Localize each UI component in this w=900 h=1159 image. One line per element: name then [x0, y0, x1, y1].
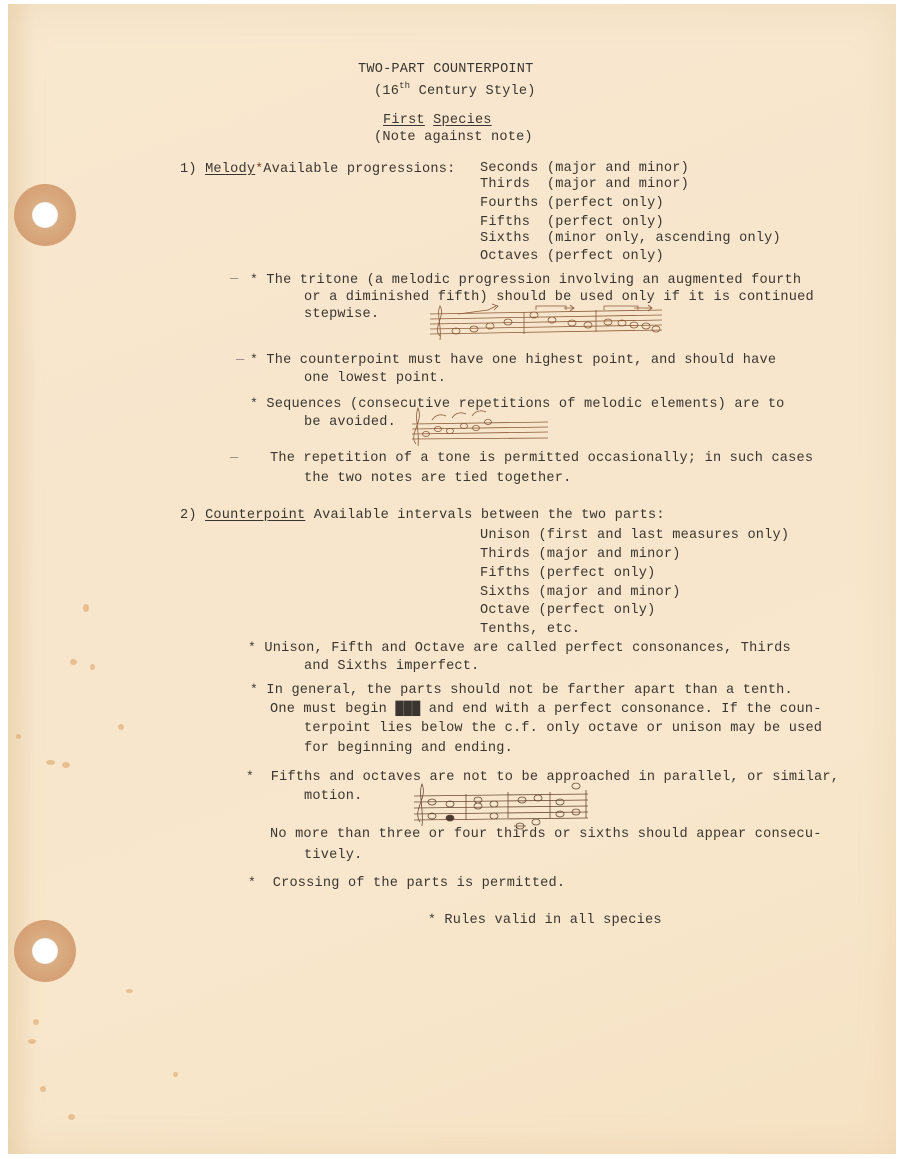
progression-item: Fifths (perfect only)	[480, 214, 664, 231]
asterisk-icon: *	[428, 912, 436, 927]
progression-item: Fourths (perfect only)	[480, 195, 664, 212]
interval-item: Tenths, etc.	[480, 621, 580, 638]
interval-item: Thirds (major and minor)	[480, 546, 681, 563]
asterisk-icon: *	[250, 682, 258, 697]
asterisk-icon: *	[250, 272, 258, 287]
punch-hole-bottom-icon	[14, 920, 76, 982]
document-subtitle: (16th Century Style)	[374, 78, 536, 100]
asterisk-icon: *	[246, 769, 254, 784]
asterisk-icon: *	[250, 396, 258, 411]
asterisk-icon: *	[250, 352, 258, 367]
species-heading: First Species	[383, 112, 492, 129]
species-note: (Note against note)	[374, 129, 533, 146]
progression-item: Thirds (major and minor)	[480, 176, 689, 193]
punch-hole-top-icon	[14, 184, 76, 246]
document-page: TWO-PART COUNTERPOINT (16th Century Styl…	[8, 4, 896, 1154]
music-example-tritone	[428, 300, 668, 355]
music-example-sequence	[408, 404, 558, 454]
melody-heading-line: 1) Melody*Available progressions:	[180, 160, 455, 178]
counterpoint-heading-line: 2) Counterpoint Available intervals betw…	[180, 507, 665, 524]
footnote: * Rules valid in all species	[428, 911, 662, 929]
asterisk-icon: *	[248, 640, 256, 655]
interval-item: Sixths (major and minor)	[480, 584, 681, 601]
progression-item: Sixths (minor only, ascending only)	[480, 230, 781, 247]
interval-item: Octave (perfect only)	[480, 602, 656, 619]
asterisk-icon: *	[248, 875, 256, 890]
document-title: TWO-PART COUNTERPOINT	[358, 61, 534, 78]
progression-item: Octaves (perfect only)	[480, 248, 664, 265]
interval-item: Unison (first and last measures only)	[480, 527, 789, 544]
progression-item: Seconds (major and minor)	[480, 160, 689, 177]
interval-item: Fifths (perfect only)	[480, 565, 656, 582]
